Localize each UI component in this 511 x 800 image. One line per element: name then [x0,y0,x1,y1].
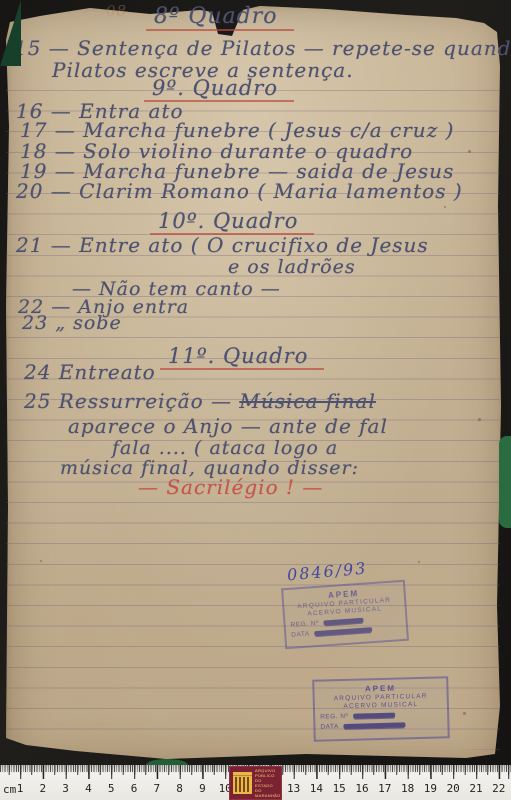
ruler-number: 3 [62,782,69,795]
stamp-date-label: DATA [291,631,310,639]
paper-stain [40,560,42,562]
line-21b: e os ladrões [228,256,356,278]
ruler-number: 19 [424,782,437,795]
line-25b: aparece o Anjo — ante de fal [68,414,388,438]
ruler-number: 8 [176,782,183,795]
green-cloth-edge [499,436,511,528]
stamp-reg-value-crossed [324,618,364,626]
line-sacrilegio: — Sacrilégio ! — [138,475,323,499]
line-24: 24 Entreato [24,360,156,384]
apem-logo: ARQUIVOPÚBLICODO ESTADODO MARANHÃO [229,766,282,800]
line-25: 25 Ressurreição — Música final [24,389,376,413]
paper-stain [478,418,481,421]
ruler-number: 1 [17,782,24,795]
ruler-number: 5 [108,782,115,795]
paper-stain [418,561,420,563]
ruler-number: 6 [131,782,138,795]
scanned-document-page: 08 8º Quadro 15 — Sentença de Pilatos — … [0,0,511,800]
line-25c: fala .... ( ataca logo a [112,437,338,459]
line-21: 21 — Entre ato ( O crucifixo de Jesus [16,233,429,257]
ruler-number: 2 [39,782,46,795]
stamp-date-value-crossed [344,722,406,729]
stamp-reg-label: REG. Nº [290,620,319,629]
stamp-apem-1: APEM ARQUIVO PARTICULAR ACERVO MUSICAL R… [281,580,409,650]
faint-pencil-mark: 08 [106,2,127,20]
stamp-date-value-crossed [314,627,372,636]
ruler-number: 20 [447,782,460,795]
apem-logo-text-line: DO MARANHÃO [255,788,281,798]
ruler-number: 22 [492,782,505,795]
header-quadro-10: 10º. Quadro [150,209,314,235]
apem-logo-text: ARQUIVOPÚBLICODO ESTADODO MARANHÃO [255,768,281,798]
paper-stain [444,206,446,208]
ruler-number: 4 [85,782,92,795]
building-icon [233,772,252,794]
ruler-number: 18 [401,782,414,795]
line-15: 15 — Sentença de Pilatos — repete-se qua… [14,36,511,60]
apem-logo-text-line: DO ESTADO [255,778,281,788]
stamp-reg-value-crossed [353,713,395,719]
ruler-number: 16 [355,782,368,795]
paper-stain [468,150,471,153]
stamp-reg-label: REG. Nº [320,713,348,721]
ruler-number: 13 [287,782,300,795]
ruler-number: 7 [153,782,160,795]
ruler-number: 9 [199,782,206,795]
header-quadro-8: 8º Quadro [146,4,294,31]
ruler-number: 15 [333,782,346,795]
line-20: 20 — Clarim Romano ( Maria lamentos ) [16,179,463,203]
line-25-text: 25 Ressurreição — [24,389,239,413]
stamp-apem-2: APEM ARQUIVO PARTICULAR ACERVO MUSICAL R… [312,676,450,742]
ruler-number: 17 [378,782,391,795]
header-quadro-11: 11º. Quadro [160,344,324,370]
stamp-date-label: DATA [320,723,339,730]
ruler-number: 14 [310,782,323,795]
line-23: 23 „ sobe [22,312,122,334]
ruler-unit-label: cm [3,783,16,796]
line-25-struck-text: Música final [239,389,376,413]
paper-stain [463,712,466,715]
ruler-number: 21 [469,782,482,795]
